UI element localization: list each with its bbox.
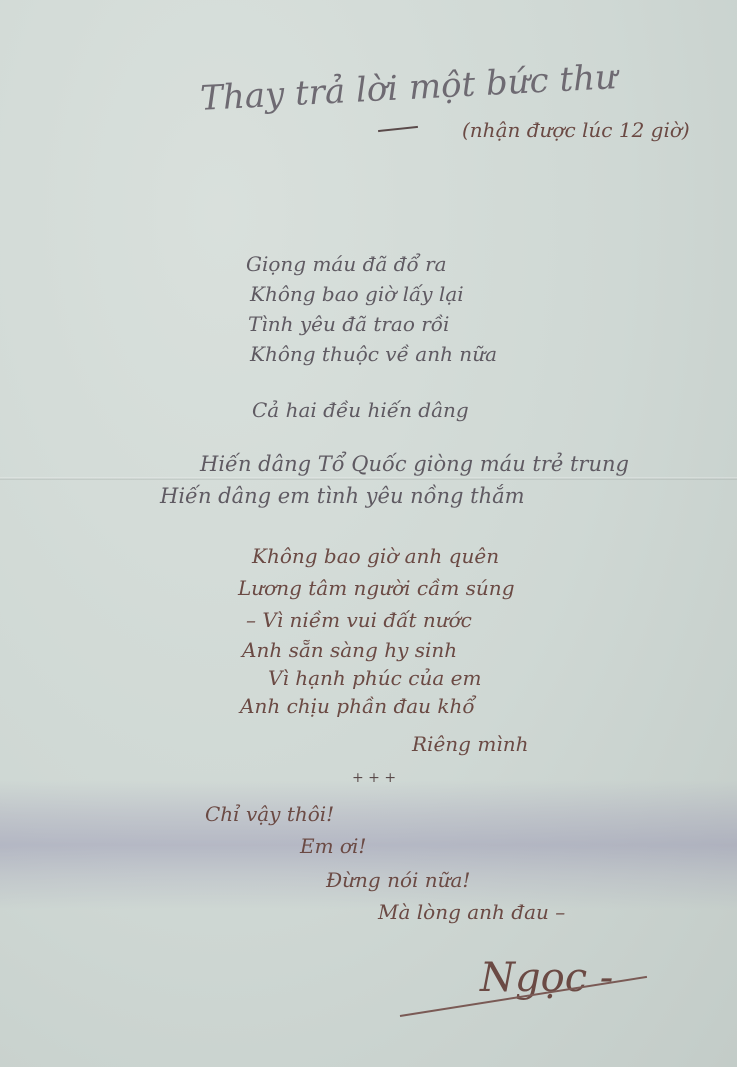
stanza-4-line-6: Anh chịu phần đau khổ <box>240 692 475 720</box>
stanza-1-line-4: Không thuộc về anh nữa <box>250 340 497 368</box>
closing-line-2: Em ơi! <box>300 832 366 860</box>
stanza-3-line-2: Hiến dâng em tình yêu nồng thắm <box>160 482 525 510</box>
stanza-4-line-1: Không bao giờ anh quên <box>252 542 499 570</box>
closing-line-1: Chỉ vậy thôi! <box>205 800 334 828</box>
stanza-4-line-2: Lương tâm người cầm súng <box>238 574 515 602</box>
stanza-4-line-7: Riêng mình <box>412 730 528 758</box>
closing-line-4: Mà lòng anh đau – <box>378 898 565 926</box>
paper-sheet <box>0 0 737 1067</box>
stanza-1-line-2: Không bao giờ lấy lại <box>250 280 464 308</box>
stanza-2-line-1: Cả hai đều hiến dâng <box>252 396 469 424</box>
section-separator: + + + <box>352 770 396 786</box>
bleed-through-stamp <box>70 360 180 430</box>
stanza-4-line-5: Vì hạnh phúc của em <box>268 664 481 692</box>
closing-line-3: Đừng nói nữa! <box>326 866 470 894</box>
stanza-1-line-3: Tình yêu đã trao rồi <box>248 310 449 338</box>
stanza-3-line-1: Hiến dâng Tổ Quốc giòng máu trẻ trung <box>200 450 629 478</box>
stanza-4-line-3: – Vì niềm vui đất nước <box>246 606 472 634</box>
signature: Ngọc - <box>480 955 613 1001</box>
stanza-4-line-4: Anh sẵn sàng hy sinh <box>242 636 457 664</box>
letter-subtitle: (nhận được lúc 12 giờ) <box>462 118 690 142</box>
stanza-1-line-1: Giọng máu đã đổ ra <box>246 250 447 278</box>
